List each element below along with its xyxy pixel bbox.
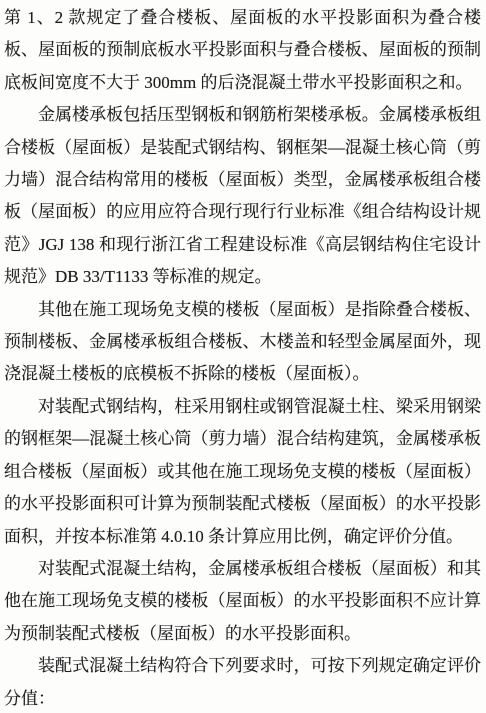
paragraph-metal-deck-composite-slab: 金属楼承板包括压型钢板和钢筋桁架楼承板。金属楼承板组合楼板（屋面板）是装配式钢结… xyxy=(4,99,481,293)
paragraph-clause-1-2-definition: 第 1、2 款规定了叠合楼板、屋面板的水平投影面积为叠合楼板、屋面板的预制底板水… xyxy=(4,2,481,99)
paragraph-steel-structure-rule: 对装配式钢结构，柱采用钢柱或钢管混凝土柱、梁采用钢梁的钢框架—混凝土核心筒（剪力… xyxy=(4,391,481,553)
paragraph-concrete-structure-rule: 对装配式混凝土结构，金属楼承板组合楼板（屋面板）和其他在施工现场免支模的楼板（屋… xyxy=(4,553,481,650)
document-page: 第 1、2 款规定了叠合楼板、屋面板的水平投影面积为叠合楼板、屋面板的预制底板水… xyxy=(0,0,486,713)
paragraph-evaluation-score-intro: 装配式混凝土结构符合下列要求时，可按下列规定确定评价分值： xyxy=(4,650,481,713)
paragraph-other-formwork-free-slabs: 其他在施工现场免支模的楼板（屋面板）是指除叠合楼板、预制楼板、金属楼承板组合楼板… xyxy=(4,294,481,391)
